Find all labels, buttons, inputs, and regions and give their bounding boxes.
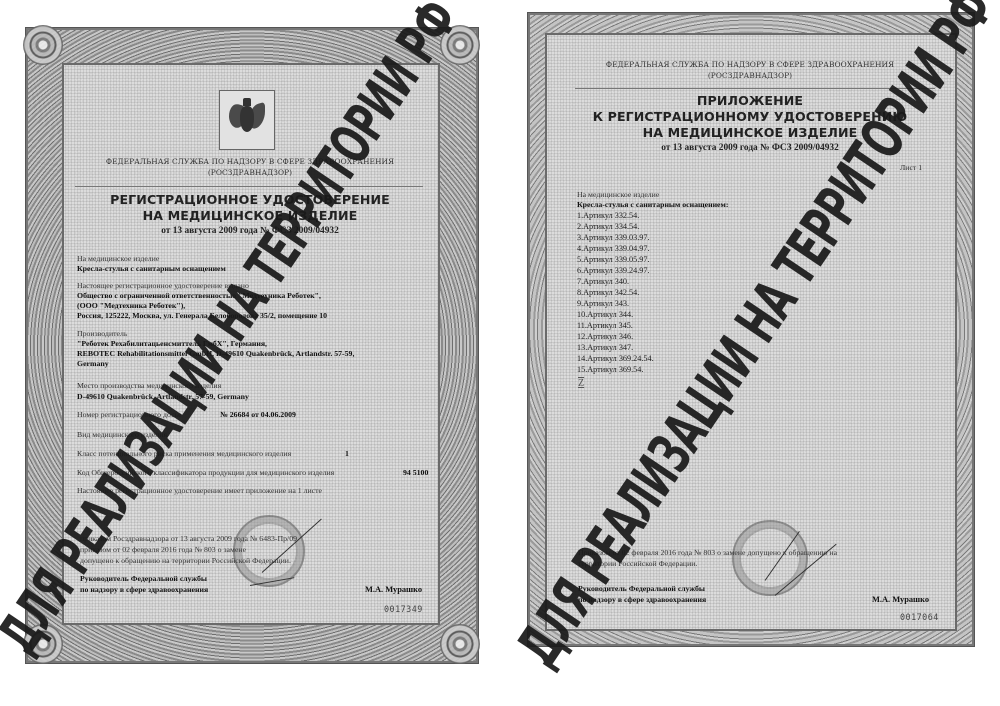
okp-code: 94 5100 — [403, 468, 428, 477]
article-item: 10.Артикул 344. — [577, 309, 654, 320]
article-item: 1.Артикул 332.54. — [577, 210, 654, 221]
serial-number: 0017064 — [900, 612, 939, 622]
certificate-date-number: от 13 августа 2009 года № ФСЗ 2009/04932 — [62, 226, 438, 236]
article-item: 4.Артикул 339.04.97. — [577, 243, 654, 254]
issued-to: (ООО "Медтехника Реботек"), — [77, 301, 185, 310]
device-name: Кресла-стулья с санитарным оснащением — [77, 264, 226, 273]
official-seal — [732, 520, 808, 596]
divider — [75, 186, 423, 187]
article-item: 11.Артикул 345. — [577, 320, 654, 331]
article-item: 15.Артикул 369.54. — [577, 364, 654, 375]
signer-name: М.А. Мурашко — [872, 595, 929, 604]
risk-class: 1 — [345, 449, 349, 458]
corner-ornament — [23, 25, 63, 65]
article-item: 8.Артикул 342.54. — [577, 287, 654, 298]
article-item: 9.Артикул 343. — [577, 298, 654, 309]
end-mark: Z — [578, 378, 584, 389]
signer-title: по надзору в сфере здравоохранения — [80, 585, 208, 594]
manufacturer-label: Производитель — [77, 329, 127, 338]
coat-of-arms-icon — [219, 90, 275, 150]
device-label: На медицинское изделие — [577, 190, 659, 199]
agency-abbr: (РОСЗДРАВНАДЗОР) — [62, 168, 438, 177]
article-item: 7.Артикул 340. — [577, 276, 654, 287]
reg-number: № 26684 от 04.06.2009 — [220, 410, 296, 419]
article-item: 12.Артикул 346. — [577, 331, 654, 342]
article-item: 5.Артикул 339.05.97. — [577, 254, 654, 265]
corner-ornament — [440, 624, 480, 664]
manufacturer: Germany — [77, 359, 109, 368]
article-item: 2.Артикул 334.54. — [577, 221, 654, 232]
signer-name: М.А. Мурашко — [365, 585, 422, 594]
serial-number: 0017349 — [384, 604, 423, 614]
document-subtitle: НА МЕДИЦИНСКОЕ ИЗДЕЛИЕ — [62, 208, 438, 223]
article-list: 1.Артикул 332.54.2.Артикул 334.54.3.Арти… — [577, 210, 654, 375]
device-name: Кресла-стулья с санитарным оснащением: — [577, 200, 728, 209]
article-item: 13.Артикул 347. — [577, 342, 654, 353]
article-item: 3.Артикул 339.03.97. — [577, 232, 654, 243]
article-item: 14.Артикул 369.24.54. — [577, 353, 654, 364]
device-label: На медицинское изделие — [77, 254, 159, 263]
article-item: 6.Артикул 339.24.97. — [577, 265, 654, 276]
document-title: РЕГИСТРАЦИОННОЕ УДОСТОВЕРЕНИЕ — [62, 192, 438, 207]
